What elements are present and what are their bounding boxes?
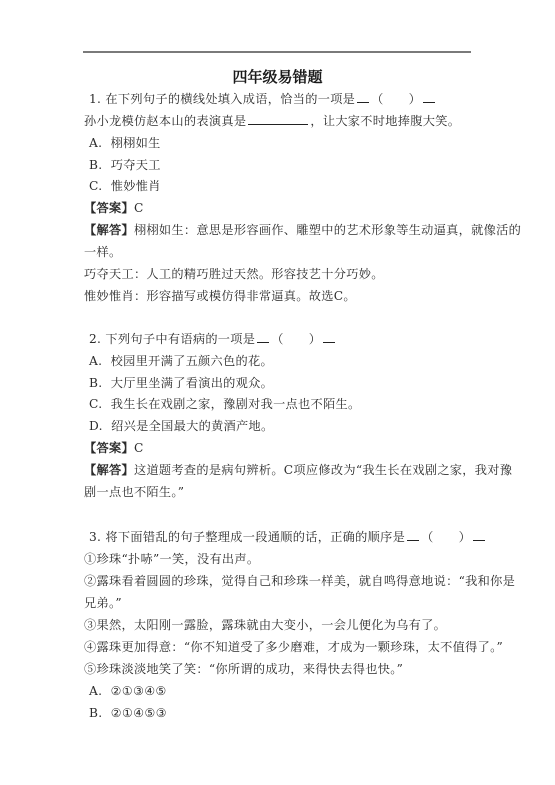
header-rule bbox=[83, 51, 471, 53]
blank-line bbox=[473, 529, 485, 541]
blank-line bbox=[423, 91, 435, 103]
answer-paren: （ ） bbox=[421, 530, 471, 544]
explanation-line: 【解答】这道题考查的是病句辨析。C项应修改为“我生长在戏剧之家，我对豫 bbox=[84, 462, 512, 478]
page-title: 四年级易错题 bbox=[0, 66, 555, 87]
answer-paren: （ ） bbox=[271, 332, 321, 346]
answer-paren: （ ） bbox=[371, 92, 421, 106]
sentence-item: ①珍珠“扑哧”一笑，没有出声。 bbox=[84, 551, 259, 567]
blank-line bbox=[407, 529, 419, 541]
answer-line: 【答案】C bbox=[84, 440, 144, 456]
question-1-stem: 1. 在下列句子的横线处填入成语，恰当的一项是（ ） bbox=[89, 91, 437, 107]
sentence-item: ③果然，太阳刚一露脸，露珠就由大变小，一会儿便化为乌有了。 bbox=[84, 617, 446, 633]
option-c: C. 我生长在戏剧之家，豫剧对我一点也不陌生。 bbox=[89, 396, 360, 412]
explanation-line: 惟妙惟肖：形容描写或模仿得非常逼真。故选C。 bbox=[84, 288, 356, 304]
option-b: B. 大厅里坐满了看演出的观众。 bbox=[89, 375, 273, 391]
option-d: D. 绍兴是全国最大的黄酒产地。 bbox=[89, 418, 274, 434]
question-2-stem: 2. 下列句子中有语病的一项是（ ） bbox=[89, 331, 337, 347]
question-1-sentence: 孙小龙模仿赵本山的表演真是，让大家不时地捧腹大笑。 bbox=[84, 113, 460, 129]
blank-line bbox=[323, 331, 335, 343]
explanation-line: 【解答】栩栩如生：意思是形容画作、雕塑中的艺术形象等生动逼真，就像活的 bbox=[84, 222, 521, 238]
explanation-line: 剧一点也不陌生。” bbox=[84, 484, 184, 500]
explanation-line: 巧夺天工：人工的精巧胜过天然。形容技艺十分巧妙。 bbox=[84, 266, 384, 282]
question-number: 2. bbox=[89, 332, 101, 346]
question-number: 3. bbox=[89, 530, 101, 544]
fill-blank bbox=[248, 113, 308, 125]
sentence-item: ④露珠更加得意：“你不知道受了多少磨难，才成为一颗珍珠，太不值得了。” bbox=[84, 639, 503, 655]
option-a: A. 校园里开满了五颜六色的花。 bbox=[89, 353, 273, 369]
question-number: 1. bbox=[89, 92, 101, 106]
answer-value: C bbox=[134, 201, 144, 215]
answer-value: C bbox=[134, 441, 144, 455]
option-a: A. 栩栩如生 bbox=[89, 135, 161, 151]
option-b: B. 巧夺天工 bbox=[89, 157, 161, 173]
question-3-stem: 3. 将下面错乱的句子整理成一段通顺的话，正确的顺序是（ ） bbox=[89, 529, 487, 545]
blank-line bbox=[257, 331, 269, 343]
sentence-item: ②露珠看着圆圆的珍珠，觉得自己和珍珠一样美，就自鸣得意地说：“我和你是 bbox=[84, 573, 515, 589]
option-b: B. ②①④⑤③ bbox=[89, 705, 167, 721]
answer-line: 【答案】C bbox=[84, 200, 144, 216]
blank-line bbox=[357, 91, 369, 103]
option-c: C. 惟妙惟肖 bbox=[89, 178, 161, 194]
sentence-item: ⑤珍珠淡淡地笑了笑：“你所谓的成功，来得快去得也快。” bbox=[84, 661, 403, 677]
sentence-item: 兄弟。” bbox=[84, 595, 122, 611]
option-a: A. ②①③④⑤ bbox=[89, 683, 167, 699]
explanation-line: 一样。 bbox=[84, 244, 121, 260]
